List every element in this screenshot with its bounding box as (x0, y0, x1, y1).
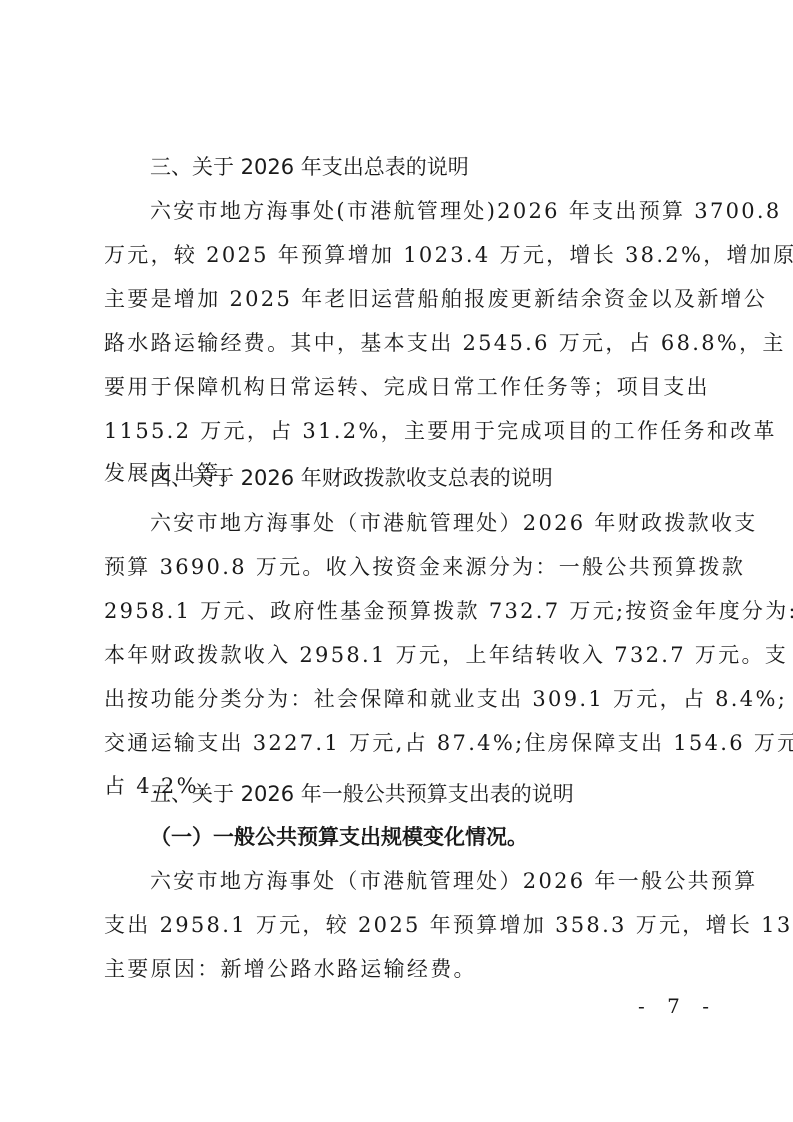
page-number: - 7 - (638, 994, 717, 1018)
section-3-line-3: 主要是增加 2025 年老旧运营船舶报废更新结余资金以及新增公 (104, 284, 767, 314)
section-5-line-2: 支出 2958.1 万元，较 2025 年预算增加 358.3 万元，增长 13… (104, 910, 793, 940)
section-3-heading: 三、关于 2026 年支出总表的说明 (150, 152, 469, 182)
section-3-line-2: 万元，较 2025 年预算增加 1023.4 万元，增长 38.2%，增加原因 (104, 240, 793, 270)
section-3-line-6: 1155.2 万元，占 31.2%，主要用于完成项目的工作任务和改革 (104, 416, 777, 446)
section-3-line-5: 要用于保障机构日常运转、完成日常工作任务等；项目支出 (104, 372, 710, 402)
section-5-heading: 五、关于 2026 年一般公共预算支出表的说明 (150, 779, 574, 809)
section-5-subheading: （一）一般公共预算支出规模变化情况。 (150, 822, 528, 852)
section-4-line-6: 交通运输支出 3227.1 万元,占 87.4%;住房保障支出 154.6 万元… (104, 728, 793, 758)
section-5-line-3: 主要原因：新增公路水路运输经费。 (104, 954, 477, 984)
section-4-line-2: 预算 3690.8 万元。收入按资金来源分为：一般公共预算拨款 (104, 552, 745, 582)
section-4-line-1: 六安市地方海事处（市港航管理处）2026 年财政拨款收支 (150, 508, 758, 538)
section-4-line-3: 2958.1 万元、政府性基金预算拨款 732.7 万元;按资金年度分为: (104, 596, 793, 626)
section-4-line-4: 本年财政拨款收入 2958.1 万元，上年结转收入 732.7 万元。支 (104, 640, 788, 670)
section-3-line-4: 路水路运输经费。其中，基本支出 2545.6 万元，占 68.8%，主 (104, 328, 786, 358)
section-3-line-1: 六安市地方海事处(市港航管理处)2026 年支出预算 3700.8 (150, 196, 782, 226)
document-page: 三、关于 2026 年支出总表的说明 六安市地方海事处(市港航管理处)2026 … (0, 0, 793, 1122)
section-5-line-1: 六安市地方海事处（市港航管理处）2026 年一般公共预算 (150, 866, 758, 896)
section-4-line-5: 出按功能分类分为：社会保障和就业支出 309.1 万元，占 8.4%; (104, 684, 787, 714)
section-4-heading: 四、关于 2026 年财政拨款收支总表的说明 (150, 463, 553, 493)
